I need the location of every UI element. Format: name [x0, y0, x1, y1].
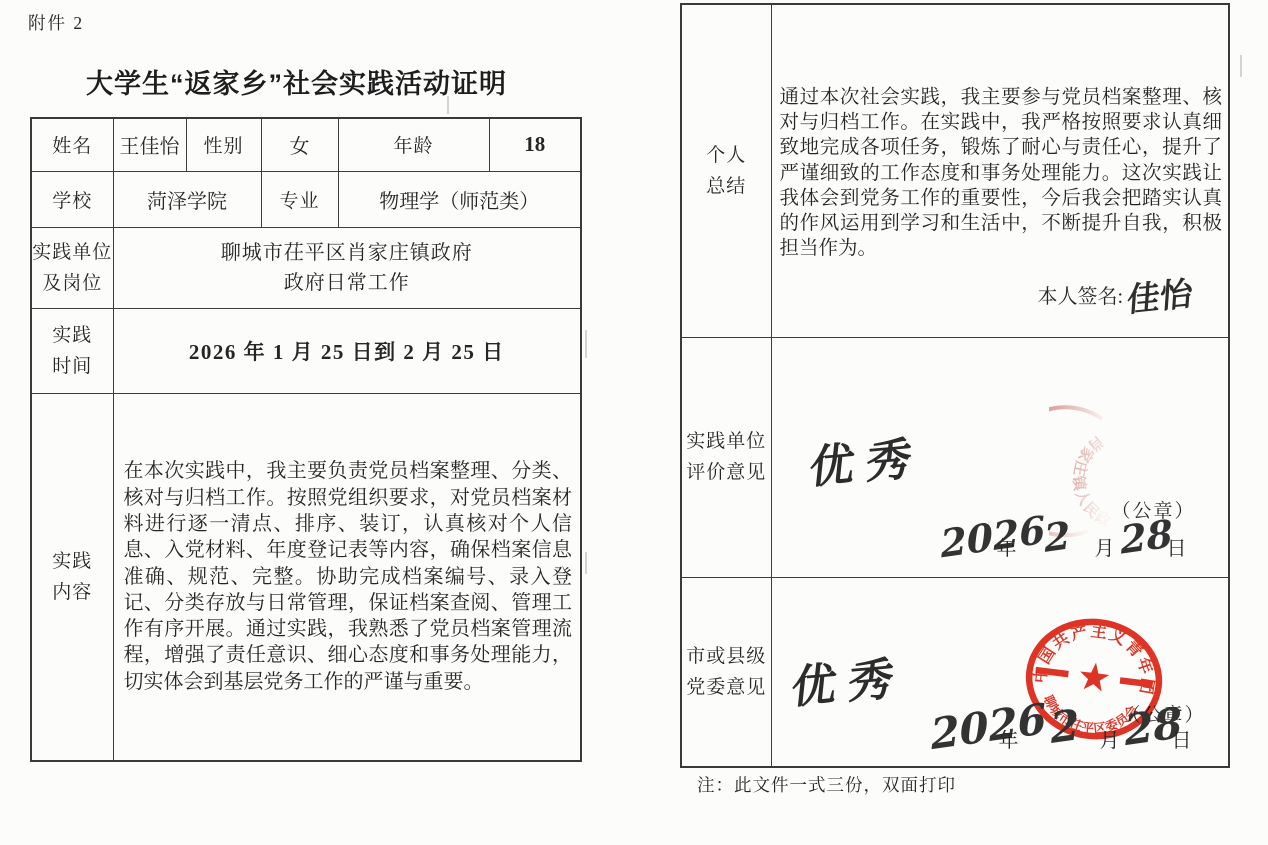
unit-date-line: 2026 年 2 月 28 日 — [772, 514, 1229, 574]
age-label: 年龄 — [338, 118, 489, 171]
content-label-line1: 实践 — [32, 546, 113, 577]
scan-artifact — [585, 552, 587, 574]
unit-opinion-label-line2: 评价意见 — [682, 457, 771, 488]
name-value: 王佳怡 — [113, 118, 186, 171]
major-value: 物理学（师范类） — [338, 171, 581, 227]
major-label: 专业 — [261, 171, 338, 227]
period-label: 实践 时间 — [31, 308, 113, 393]
gender-value: 女 — [261, 118, 338, 171]
unit-label-line2: 及岗位 — [32, 268, 113, 299]
name-label: 姓名 — [31, 118, 113, 171]
unit-opinion-label: 实践单位 评价意见 — [681, 337, 771, 577]
certificate-info-table: 姓名 王佳怡 性别 女 年龄 18 学校 菏泽学院 专业 物理学（师范类） 实践… — [30, 117, 582, 762]
star-icon — [1078, 660, 1111, 691]
table-row-content: 实践 内容 在本次实践中，我主要负责党员档案整理、分类、核对与归档工作。按照党组… — [31, 393, 581, 761]
unit-label: 实践单位 及岗位 — [31, 227, 113, 308]
table-row-committee-opinion: 市或县级 党委意见 优秀 （公章） 中国共产主义青年团 — [681, 577, 1229, 767]
table-row-unit-opinion: 实践单位 评价意见 优秀 肖家庄镇人民政 — [681, 337, 1229, 577]
table-row-identity: 姓名 王佳怡 性别 女 年龄 18 — [31, 118, 581, 171]
unit-role: 政府日常工作 — [114, 268, 581, 298]
committee-opinion-label-line1: 市或县级 — [682, 641, 771, 672]
summary-value: 通过本次社会实践，我主要参与党员档案整理、核对与归档工作。在实践中，我严格按照要… — [771, 4, 1229, 337]
unit-seal-arc-text: 肖家庄镇人民政府 — [1049, 404, 1115, 531]
table-row-summary: 个人 总结 通过本次社会实践，我主要参与党员档案整理、核对与归档工作。在实践中，… — [681, 4, 1229, 337]
committee-date-year-unit: 年 — [999, 724, 1019, 753]
committee-date-month-unit: 月 — [1100, 724, 1120, 753]
unit-value: 聊城市茌平区肖家庄镇政府 政府日常工作 — [113, 227, 581, 308]
committee-date-line: 2026 年 2 月 28 日 — [772, 702, 1229, 762]
content-label-line2: 内容 — [32, 577, 113, 608]
committee-date-month-handwritten: 2 — [1047, 699, 1082, 753]
gender-label: 性别 — [186, 118, 261, 171]
unit-date-day-unit: 日 — [1167, 532, 1187, 561]
certificate-title: 大学生“返家乡”社会实践活动证明 — [86, 62, 507, 101]
evaluation-table: 个人 总结 通过本次社会实践，我主要参与党员档案整理、核对与归档工作。在实践中，… — [680, 3, 1230, 768]
committee-date-year-handwritten: 2026 — [927, 693, 1049, 760]
unit-date-year-unit: 年 — [997, 532, 1017, 561]
summary-label-line2: 总结 — [682, 171, 771, 202]
unit-label-line1: 实践单位 — [32, 237, 113, 268]
signature-line: 本人签名: 佳怡 — [778, 271, 1225, 318]
signature-label: 本人签名: — [1038, 280, 1124, 309]
table-row-school: 学校 菏泽学院 专业 物理学（师范类） — [31, 171, 581, 227]
scan-artifact — [585, 330, 587, 358]
handwritten-signature: 佳怡 — [1126, 268, 1195, 323]
unit-date-year-handwritten: 2026 — [937, 506, 1047, 567]
period-text: 2026 年 1 月 25 日到 2 月 25 日 — [189, 340, 505, 364]
unit-opinion-cell: 优秀 肖家庄镇人民政府 （公章） — [771, 337, 1229, 577]
scan-artifact — [447, 96, 449, 114]
footnote: 注：此文件一式三份，双面打印 — [697, 772, 956, 797]
scanned-certificate-document: 附件 2 大学生“返家乡”社会实践活动证明 姓名 王佳怡 性别 女 年龄 18 … — [0, 0, 1268, 845]
unit-grade-handwritten: 优秀 — [806, 420, 927, 496]
summary-label-line1: 个人 — [682, 140, 771, 171]
content-value: 在本次实践中，我主要负责党员档案整理、分类、核对与归档工作。按照党组织要求，对党… — [113, 393, 581, 761]
content-label: 实践 内容 — [31, 393, 113, 761]
committee-date-day-unit: 日 — [1172, 724, 1192, 753]
school-value: 菏泽学院 — [113, 171, 261, 227]
svg-text:肖家庄镇人民政府: 肖家庄镇人民政府 — [1049, 404, 1115, 531]
scan-artifact — [1240, 55, 1242, 77]
committee-opinion-cell: 优秀 （公章） 中国共产主义青年团 聊城市茌平区委员会 — [771, 577, 1229, 767]
practice-content-paragraph: 在本次实践中，我主要负责党员档案整理、分类、核对与归档工作。按照党组织要求，对党… — [114, 458, 581, 695]
committee-opinion-label: 市或县级 党委意见 — [681, 577, 771, 767]
table-row-unit: 实践单位 及岗位 聊城市茌平区肖家庄镇政府 政府日常工作 — [31, 227, 581, 308]
table-row-period: 实践 时间 2026 年 1 月 25 日到 2 月 25 日 — [31, 308, 581, 393]
period-label-line2: 时间 — [32, 351, 113, 382]
unit-date-month-handwritten: 2 — [1041, 511, 1073, 561]
age-value: 18 — [489, 118, 581, 171]
school-label: 学校 — [31, 171, 113, 227]
period-label-line1: 实践 — [32, 320, 113, 351]
committee-opinion-label-line2: 党委意见 — [682, 672, 771, 703]
summary-label: 个人 总结 — [681, 4, 771, 337]
attachment-label: 附件 2 — [28, 10, 84, 35]
unit-name: 聊城市茌平区肖家庄镇政府 — [114, 238, 581, 268]
unit-date-month-unit: 月 — [1095, 532, 1115, 561]
unit-opinion-label-line1: 实践单位 — [682, 426, 771, 457]
period-value: 2026 年 1 月 25 日到 2 月 25 日 — [113, 308, 581, 393]
personal-summary-paragraph: 通过本次社会实践，我主要参与党员档案整理、核对与归档工作。在实践中，我严格按照要… — [778, 5, 1225, 261]
